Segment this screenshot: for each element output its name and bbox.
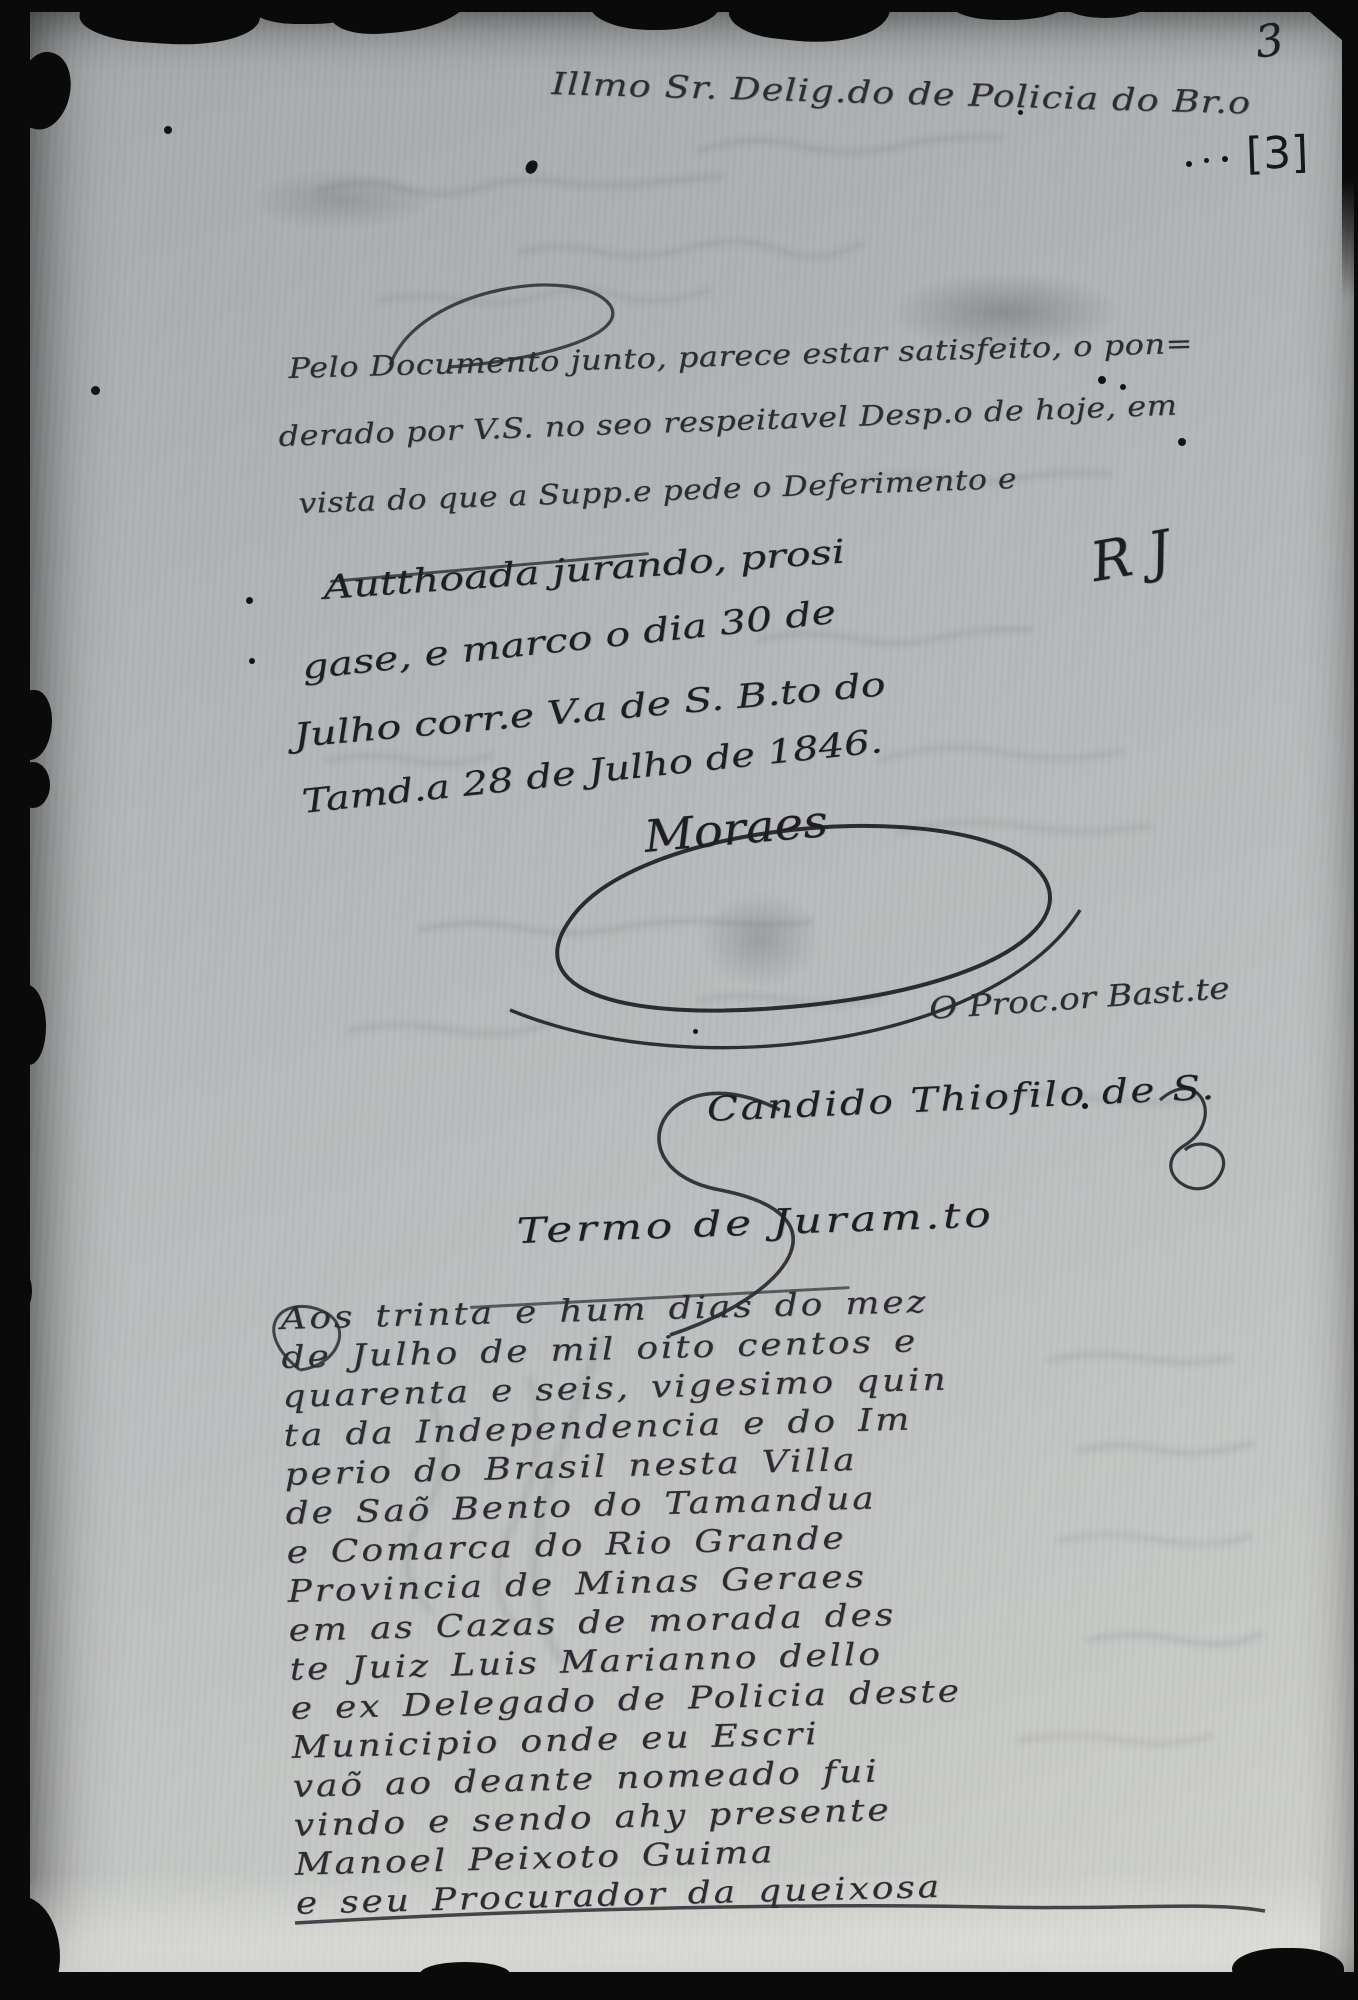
ink-speck [249,658,255,664]
termo-body: Aos trinta e hum dias do mez de Julho de… [280,1282,967,1923]
ink-speck [91,386,100,395]
underline-flourish [290,1895,1280,1935]
ink-speck [1222,156,1228,162]
ink-speck [246,597,253,604]
edge-blot [0,206,10,234]
ink-speck [164,126,172,134]
manuscript-scan-page: 3 [3] Illmo Sr. Delig.do de Policia do B… [0,0,1358,2000]
ink-speck [1204,158,1209,163]
edge-blot [420,1962,510,1986]
edge-blot [6,1268,32,1314]
ink-speck [1186,161,1192,167]
edge-blot [10,985,46,1065]
ink-speck [1178,438,1186,446]
scan-border-bottom [0,1972,1358,2000]
ink-smudge [250,170,430,230]
ink-speck [1120,384,1126,390]
edge-blot [16,762,50,808]
archival-mark: [3] [1245,127,1309,180]
ink-speck [1098,376,1106,384]
